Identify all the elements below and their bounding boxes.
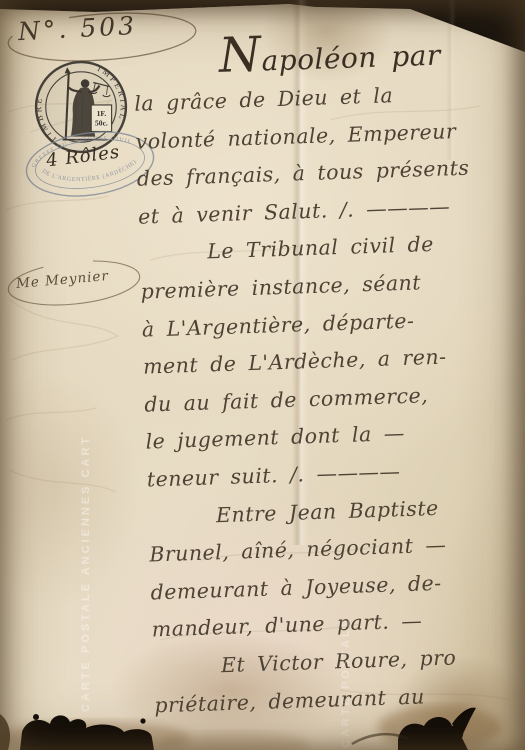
manuscript: Napoléon parla grâce de Dieu et lavolont… [126,19,525,725]
scanned-document-photo: N°. 503 TIMBRE IMPERIAL [0,0,525,750]
ink-blots [0,680,525,750]
svg-text:1F.: 1F. [97,109,107,118]
margin-note: Me Meynier [2,252,152,314]
document-number-text: N°. 503 [17,11,137,46]
